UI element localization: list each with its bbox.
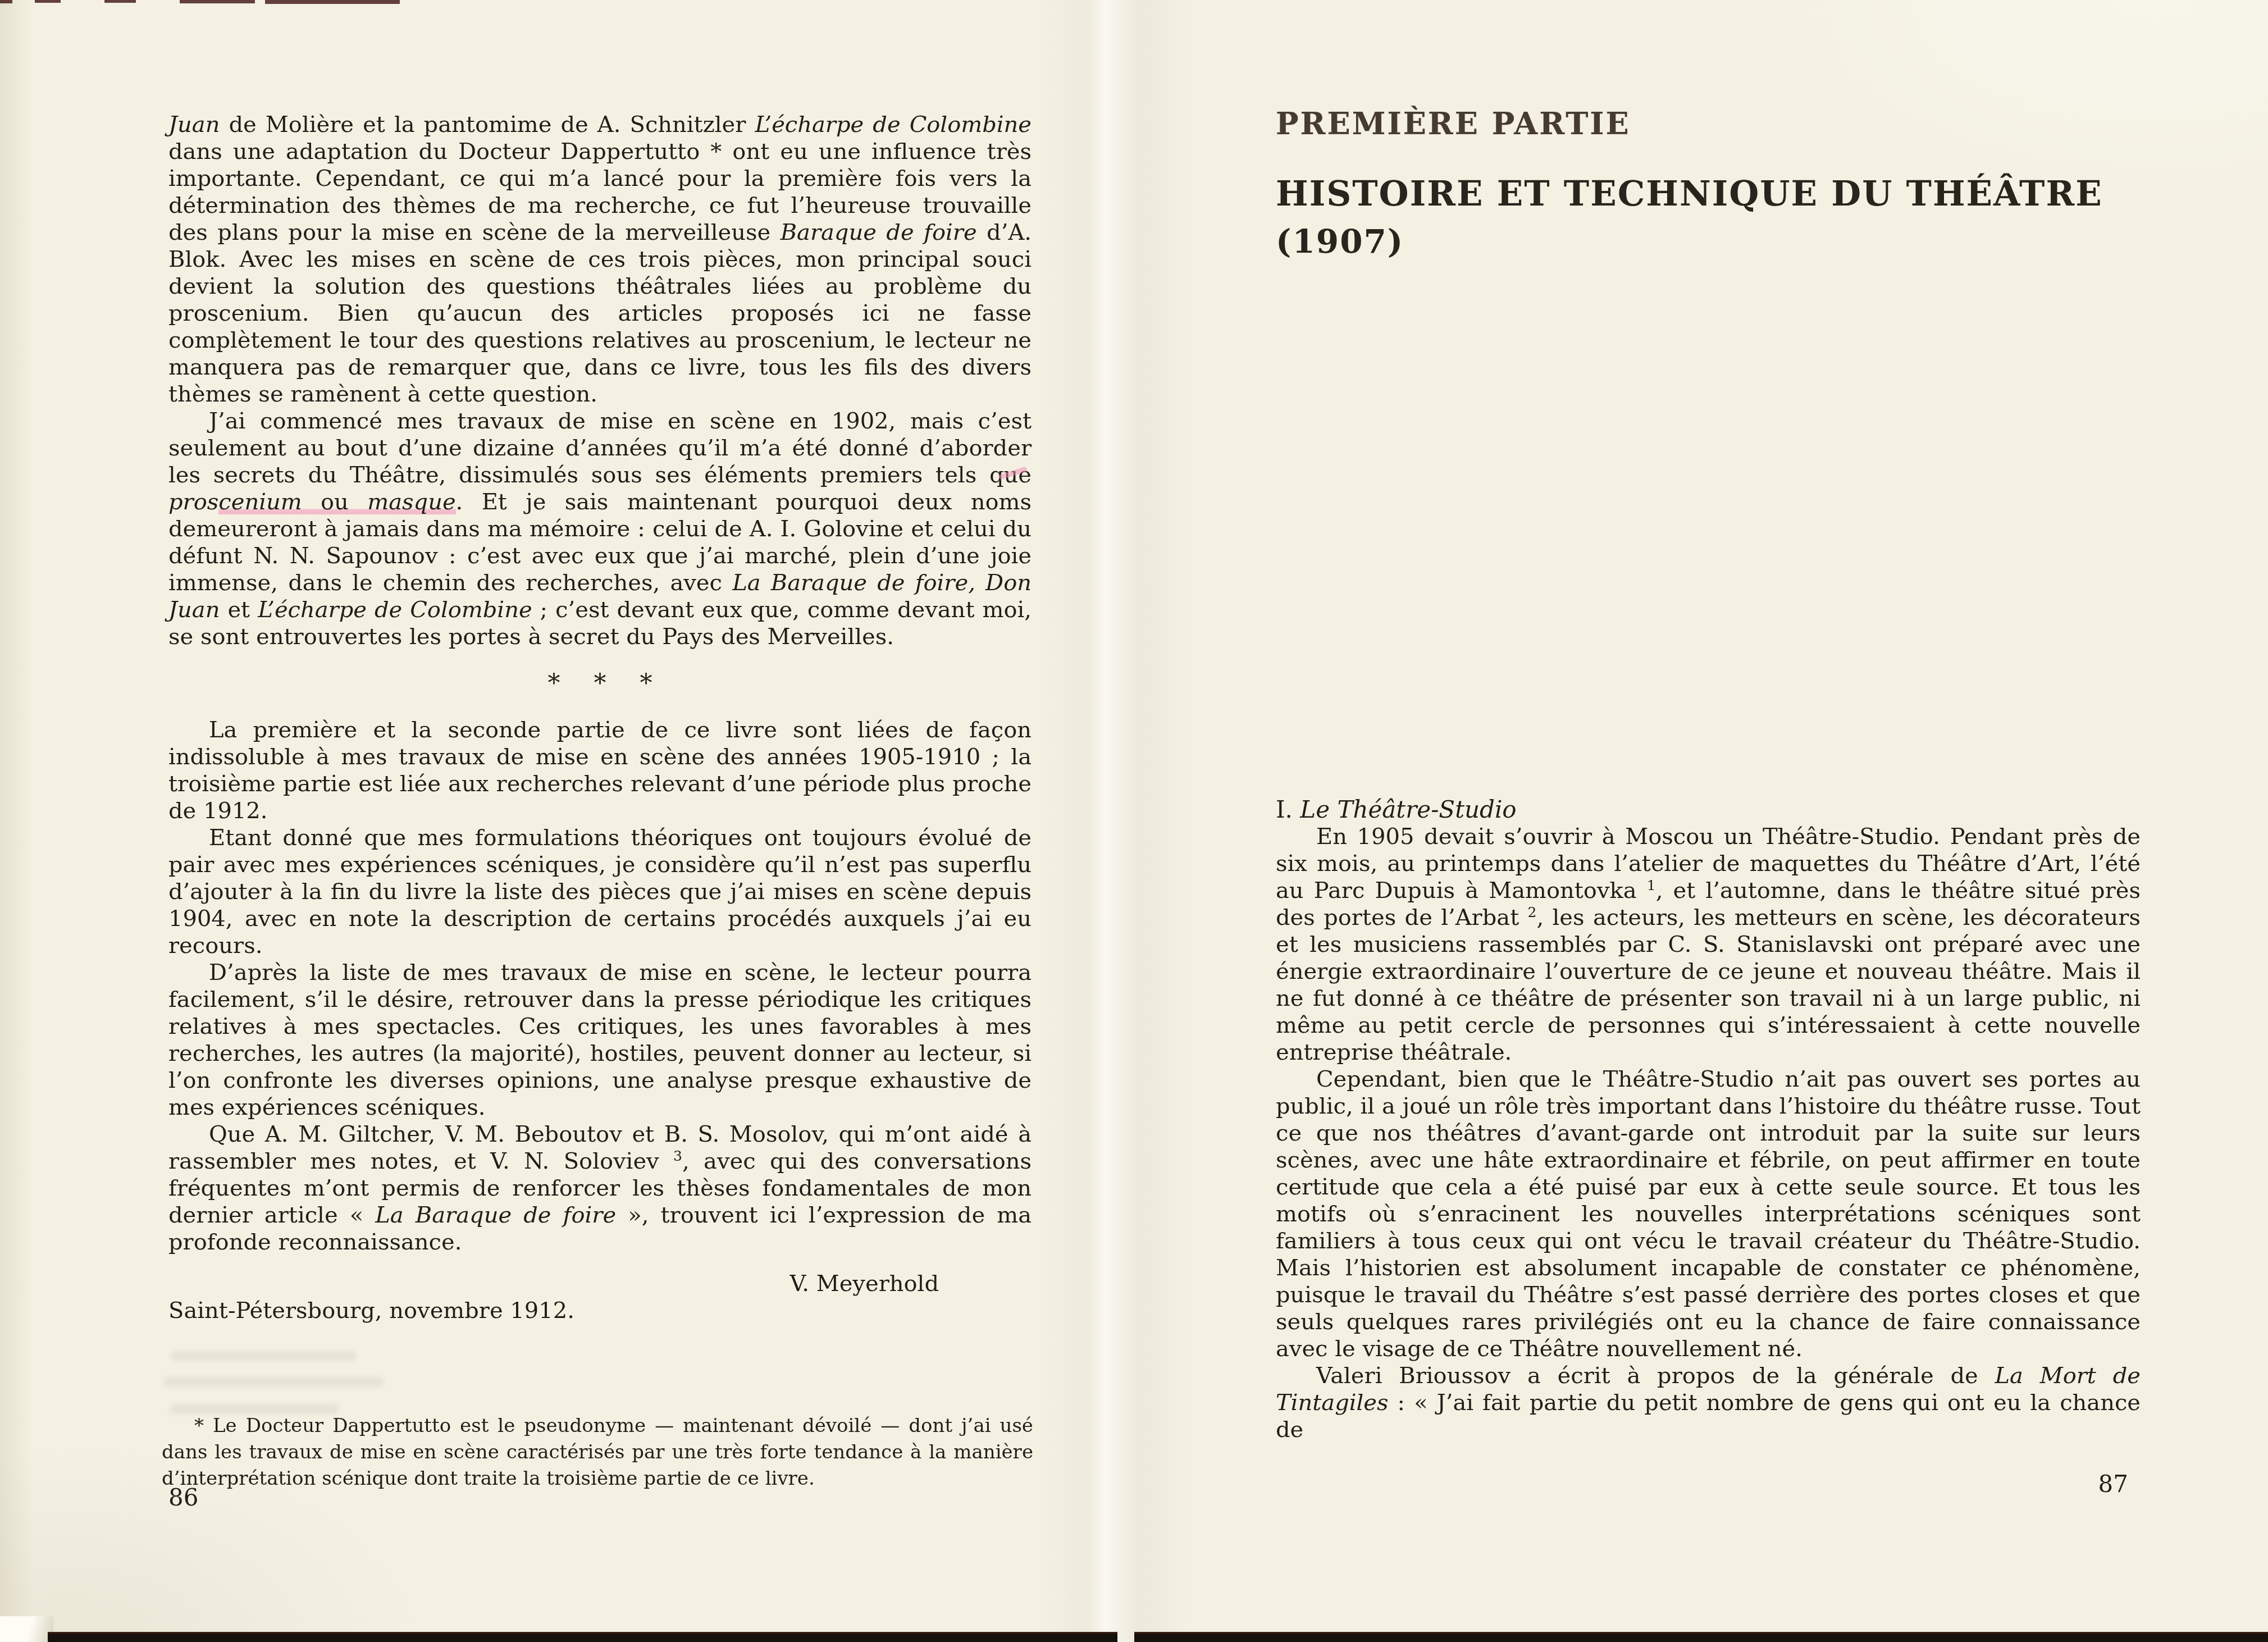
page-right-paragraphs: En 1905 devait s’ouvrir à Moscou un Théâ… [1276, 823, 2141, 1443]
page-right-text-column: I. Le Théâtre-Studio En 1905 devait s’ou… [1276, 796, 2141, 1443]
part-title: PREMIÈRE PARTIE [1276, 106, 2152, 142]
paragraph: Etant donné que mes formulations théoriq… [168, 824, 1032, 959]
paragraph: En 1905 devait s’ouvrir à Moscou un Théâ… [1276, 823, 2141, 1066]
scan-edge-mark [104, 0, 136, 3]
show-through-ghost [164, 1377, 383, 1387]
chapter-title-text: HISTOIRE ET TECHNIQUE DU THÉÂTRE [1276, 174, 2103, 214]
scan-bottom-bar-right [1134, 1632, 2268, 1642]
paragraph: D’après la liste de mes travaux de mise … [168, 959, 1032, 1121]
book-scan-spread: { "colors": { "paper": "#f4f1e3", "ink":… [0, 0, 2268, 1642]
paragraph: J’ai commencé mes travaux de mise en scè… [168, 408, 1032, 650]
page-number-left: 86 [168, 1484, 198, 1511]
paragraph: La première et la seconde partie de ce l… [168, 717, 1032, 824]
paragraph: Cependant, bien que le Théâtre-Studio n’… [1276, 1066, 2141, 1362]
page-number-right: 87 [2033, 1470, 2128, 1498]
page-curl-highlight [0, 1616, 53, 1642]
page-right-headings: PREMIÈRE PARTIE HISTOIRE ET TECHNIQUE DU… [1276, 106, 2152, 265]
scan-edge-mark [265, 0, 400, 4]
scan-edge-mark [35, 0, 61, 3]
page-left-text-column: Juan de Molière et la pantomime de A. Sc… [168, 111, 1032, 1256]
chapter-title: HISTOIRE ET TECHNIQUE DU THÉÂTRE (1907) [1276, 171, 2152, 265]
scan-edge-mark [0, 0, 12, 3]
chapter-title-year: (1907) [1276, 222, 1404, 261]
paragraph: Que A. M. Giltcher, V. M. Beboutov et B.… [168, 1121, 1032, 1256]
paragraph: Valeri Brioussov a écrit à propos de la … [1276, 1362, 2141, 1443]
show-through-ghost [171, 1351, 357, 1361]
dateline: Saint-Pétersbourg, novembre 1912. [168, 1297, 1032, 1324]
paragraph: Juan de Molière et la pantomime de A. Sc… [168, 111, 1032, 408]
scan-bottom-bar-left [48, 1632, 1117, 1642]
scan-edge-mark [180, 0, 255, 3]
footnote-text: * Le Docteur Dappertutto est le pseudony… [162, 1413, 1033, 1492]
page-left-closing: V. Meyerhold Saint-Pétersbourg, novembre… [168, 1270, 1032, 1324]
author-signature: V. Meyerhold [168, 1270, 1032, 1297]
section-separator: * * * [168, 671, 1032, 697]
section-heading: I. Le Théâtre-Studio [1276, 796, 2141, 823]
footnote: * Le Docteur Dappertutto est le pseudony… [162, 1394, 1033, 1511]
